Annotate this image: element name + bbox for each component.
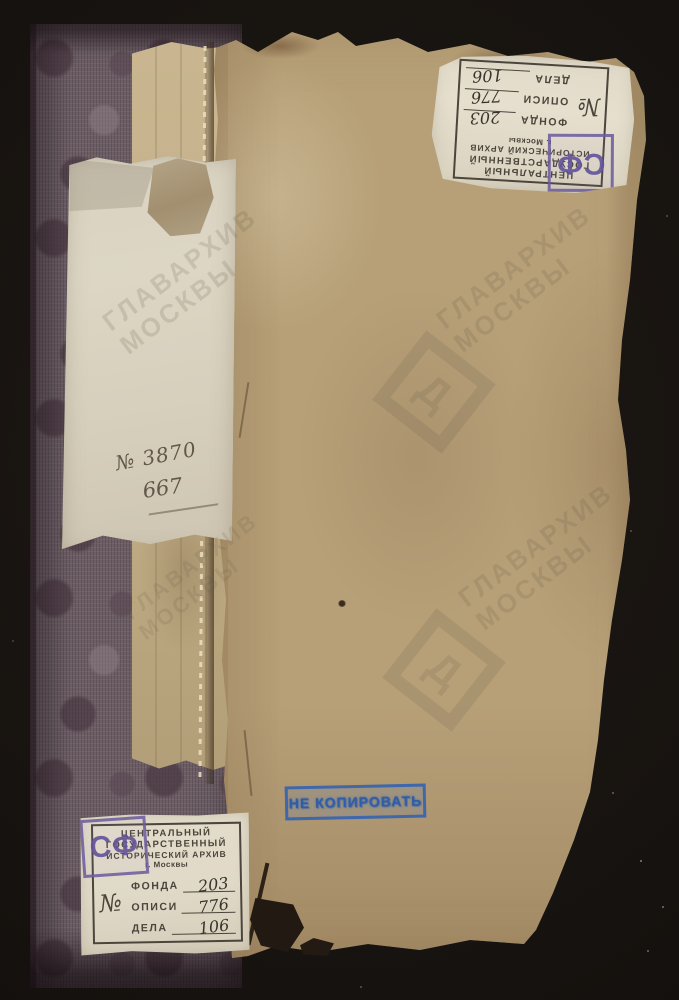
no-copy-stamp-text: НЕ КОПИРОВАТЬ xyxy=(289,793,423,812)
stamp-row-opis: ОПИСИ 776 xyxy=(131,892,235,915)
sf-purple-stamp: СФ xyxy=(548,134,614,192)
handwriting-underline xyxy=(149,503,219,515)
spine-label: № 3870 667 xyxy=(62,155,236,555)
stamp-rows: ФОНДА 203 ОПИСИ 776 ДЕЛА 106 xyxy=(131,871,236,936)
stamp-fields: № ФОНДА 203 ОПИСИ 776 ДЕЛА 106 xyxy=(463,67,602,138)
archive-stamp-inverted: ЦЕНТРАЛЬНЫЙ ГОСУДАРСТВЕННЫЙ ИСТОРИЧЕСКИЙ… xyxy=(453,59,610,187)
label-torn-patch xyxy=(147,158,214,237)
stamp-row-fond: ФОНДА 203 xyxy=(131,871,235,894)
dust-specks xyxy=(0,0,2,2)
cover-hole-speck xyxy=(338,600,346,607)
handwritten-delo-number: 106 xyxy=(471,66,502,86)
handwritten-number: № 3870 xyxy=(113,437,198,475)
handwritten-delo-number: 106 xyxy=(198,915,231,938)
number-sign: № xyxy=(568,74,601,137)
number-sign: № xyxy=(97,872,134,938)
sf-purple-stamp: СФ xyxy=(79,816,149,878)
stamp-fields: № ФОНДА 203 ОПИСИ 776 ДЕЛА 106 xyxy=(99,871,236,936)
handwritten-number: 667 xyxy=(141,473,184,503)
stamp-row-delo: ДЕЛА 106 xyxy=(132,913,236,936)
label-worn-shade xyxy=(70,159,155,212)
archive-stamp: ЦЕНТРАЛЬНЫЙ ГОСУДАРСТВЕННЫЙ ИСТОРИЧЕСКИЙ… xyxy=(91,822,243,945)
no-copy-stamp: НЕ КОПИРОВАТЬ xyxy=(285,784,427,821)
stamp-rows: ФОНДА 203 ОПИСИ 776 ДЕЛА 106 xyxy=(463,67,570,136)
bottom-archive-label: ЦЕНТРАЛЬНЫЙ ГОСУДАРСТВЕННЫЙ ИСТОРИЧЕСКИЙ… xyxy=(79,813,251,956)
top-archive-label: ЦЕНТРАЛЬНЫЙ ГОСУДАРСТВЕННЫЙ ИСТОРИЧЕСКИЙ… xyxy=(430,53,635,194)
archival-book-cover-scan: ГЛАВАРХИВМОСКВЫ ГЛАВАРХИВМОСКВЫ Д Д ГЛАВ… xyxy=(0,0,679,1000)
